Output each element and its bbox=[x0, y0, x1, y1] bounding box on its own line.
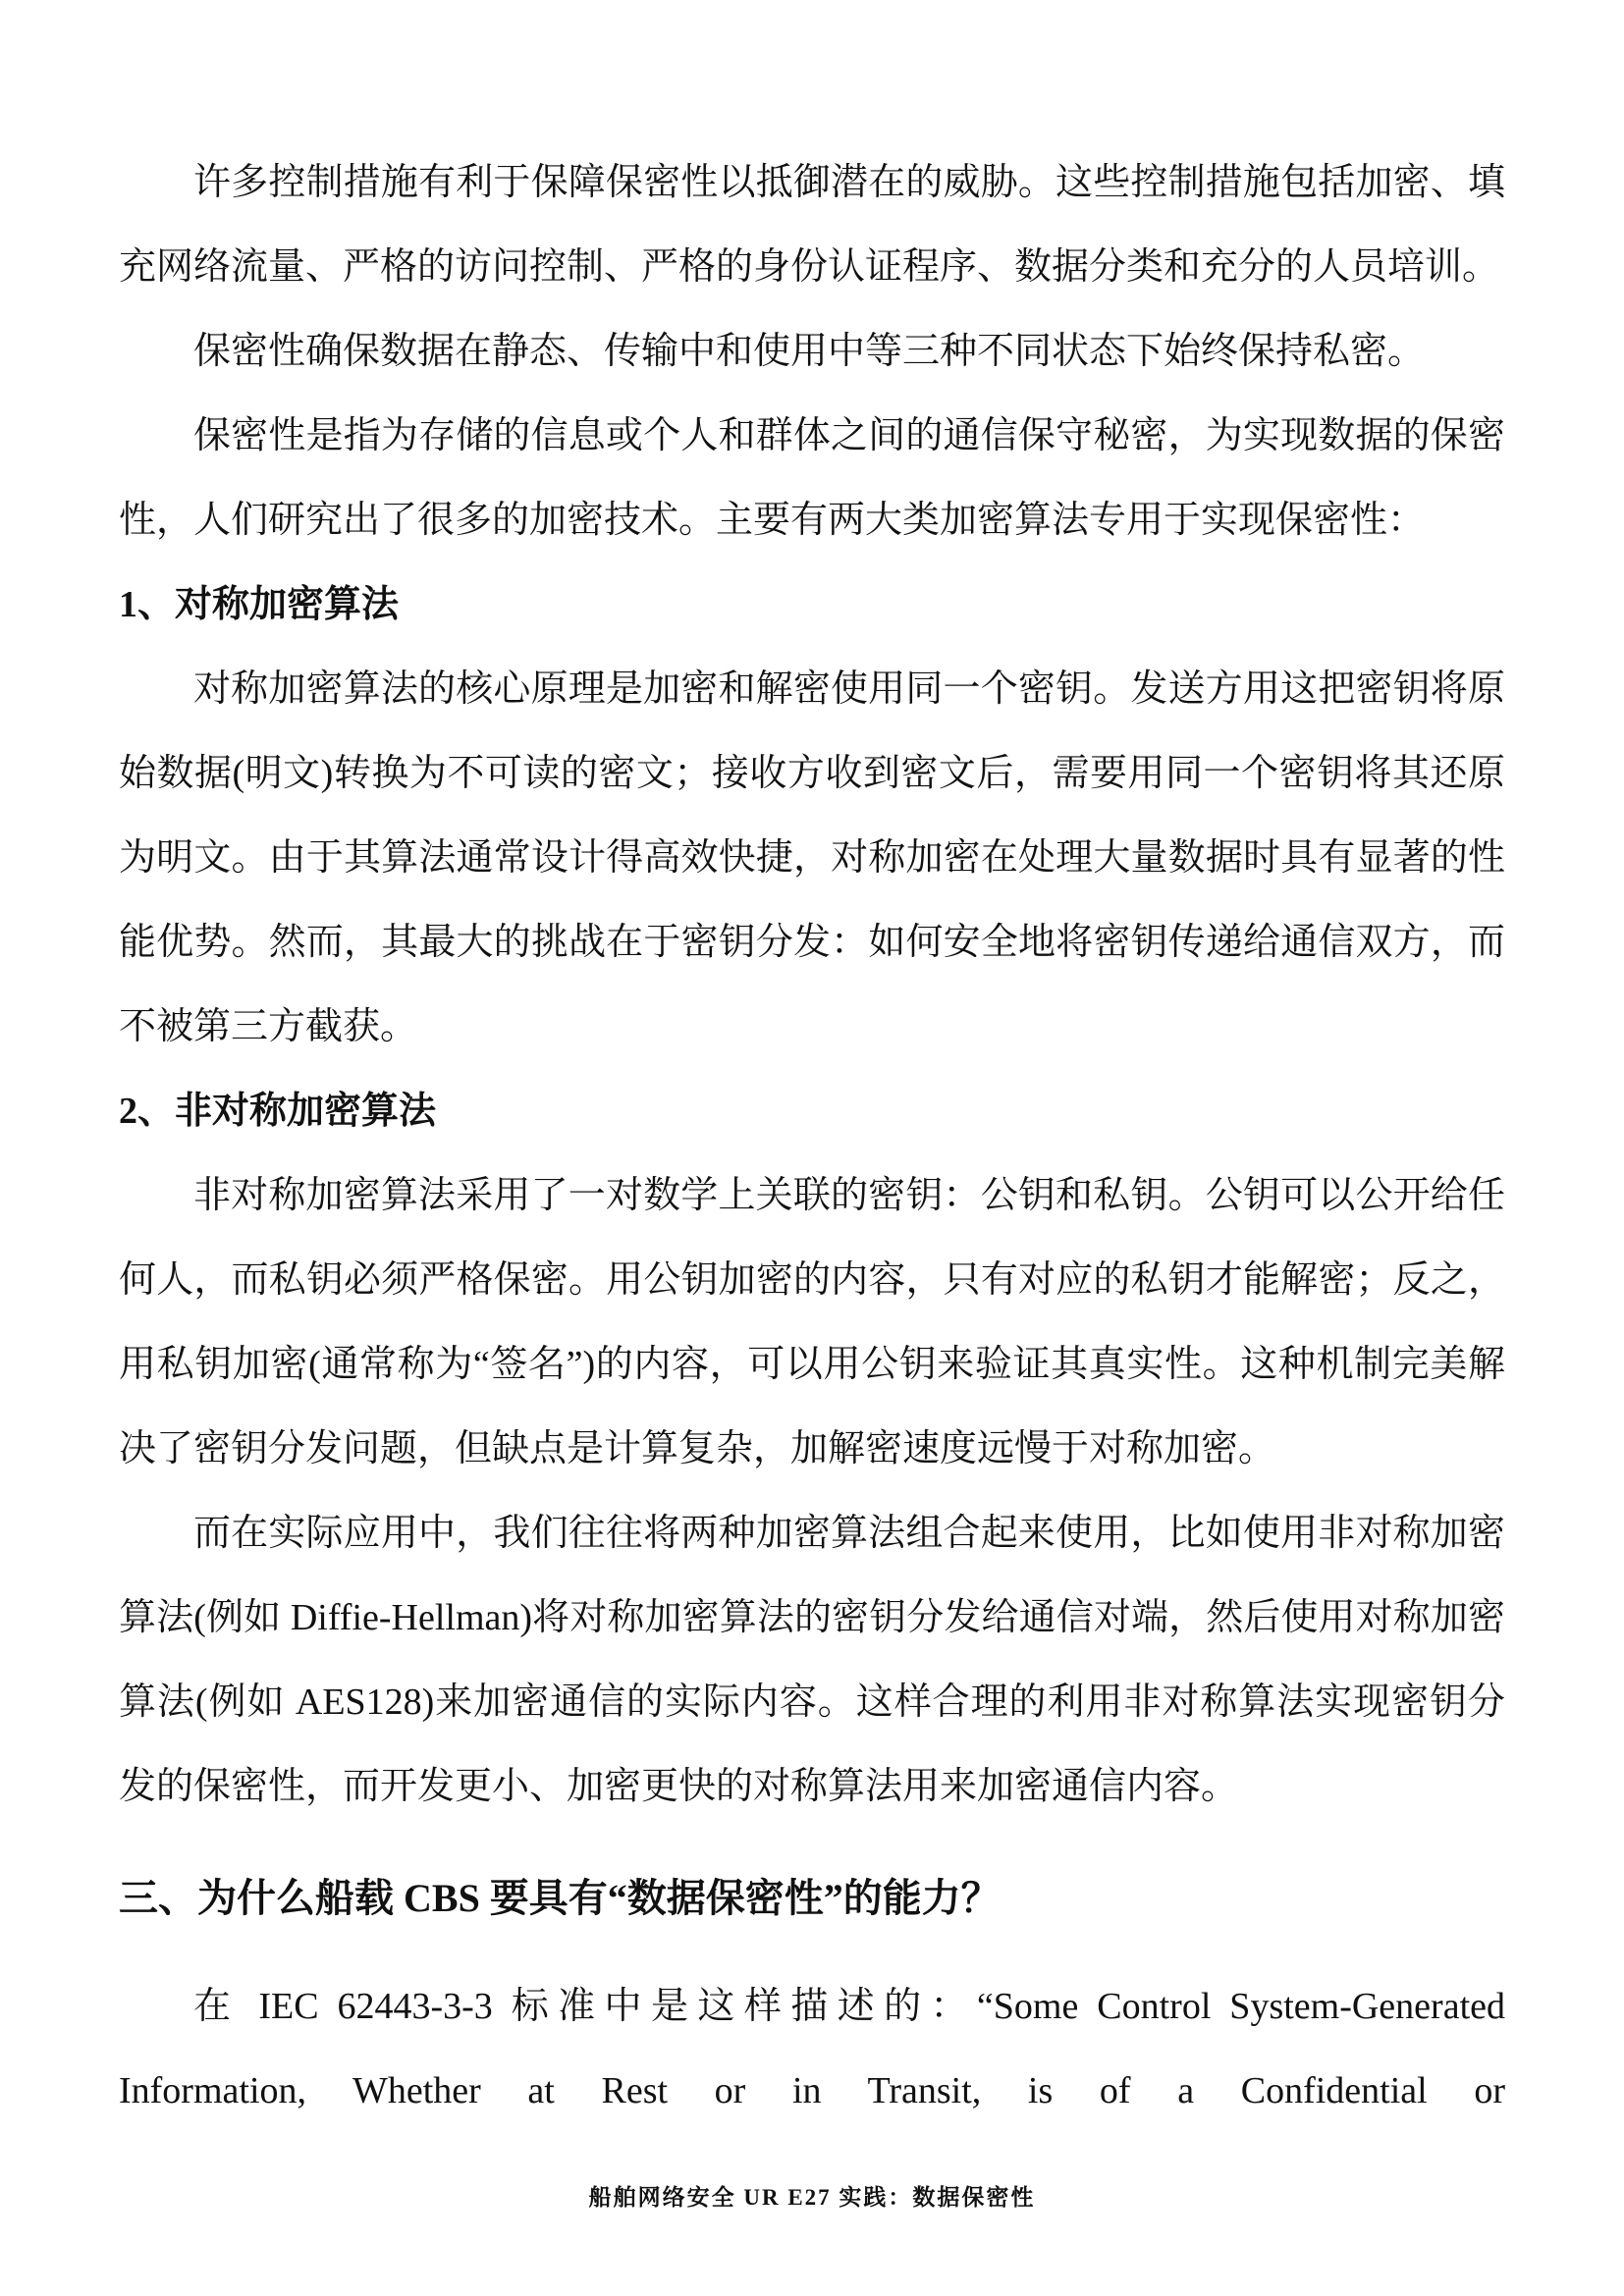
subsection-heading-symmetric-encryption: 1、对称加密算法 bbox=[119, 562, 1505, 647]
body-paragraph: 许多控制措施有利于保障保密性以抵御潜在的威胁。这些控制措施包括加密、填充网络流量… bbox=[119, 140, 1505, 309]
body-paragraph: 保密性确保数据在静态、传输中和使用中等三种不同状态下始终保持私密。 bbox=[119, 309, 1505, 394]
body-paragraph: 在 IEC 62443-3-3 标准中是这样描述的：“Some Control … bbox=[119, 1964, 1505, 2133]
body-paragraph: 保密性是指为存储的信息或个人和群体之间的通信保守秘密，为实现数据的保密性，人们研… bbox=[119, 394, 1505, 562]
document-page: 许多控制措施有利于保障保密性以抵御潜在的威胁。这些控制措施包括加密、填充网络流量… bbox=[0, 0, 1624, 2296]
body-paragraph: 对称加密算法的核心原理是加密和解密使用同一个密钥。发送方用这把密钥将原始数据(明… bbox=[119, 647, 1505, 1069]
subsection-heading-asymmetric-encryption: 2、非对称加密算法 bbox=[119, 1069, 1505, 1153]
body-paragraph: 非对称加密算法采用了一对数学上关联的密钥：公钥和私钥。公钥可以公开给任何人，而私… bbox=[119, 1153, 1505, 1491]
body-paragraph: 而在实际应用中，我们往往将两种加密算法组合起来使用，比如使用非对称加密算法(例如… bbox=[119, 1491, 1505, 1829]
section-heading-why-cbs-confidentiality: 三、为什么船载 CBS 要具有“数据保密性”的能力？ bbox=[119, 1856, 1505, 1941]
page-footer: 船舶网络安全 UR E27 实践：数据保密性 bbox=[0, 2183, 1624, 2213]
